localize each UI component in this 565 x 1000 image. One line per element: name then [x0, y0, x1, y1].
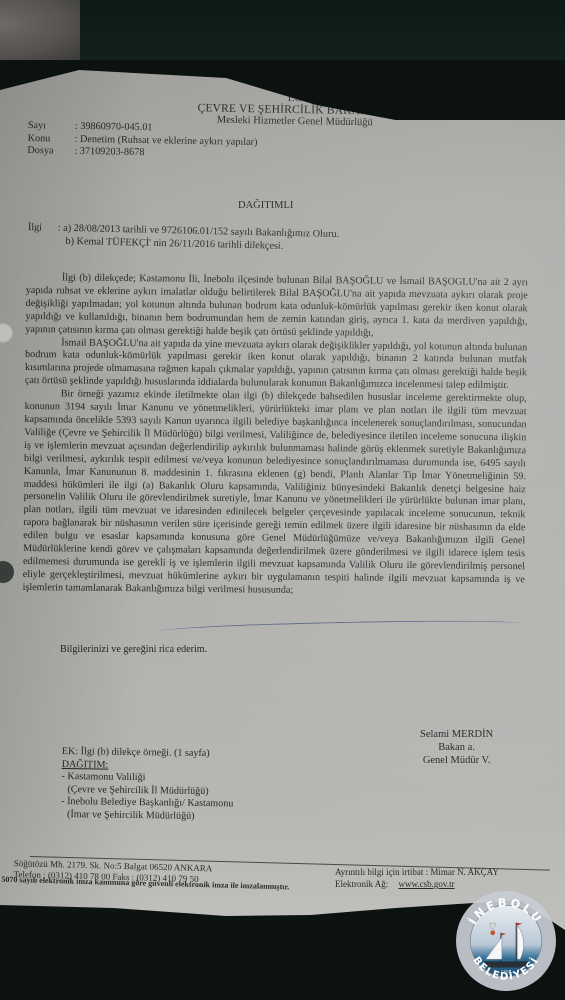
stamp-line-2: - MİMARİ UYGULAMALAR ŞUBE: [402, 66, 565, 74]
reference-block: İlgi : a) 28/08/2013 tarihli ve 9726106.…: [27, 222, 339, 254]
reference-a: : a) 28/08/2013 tarihli ve 9726106.01/15…: [58, 223, 339, 242]
meta-key: Sayı: [28, 120, 75, 133]
signature-block: Selami MERDİN Bakan a. Genel Müdür V.: [420, 728, 493, 767]
letterhead-tc: T.C.: [180, 91, 410, 107]
distribution-item: - İnebolu Belediye Başkanlığı/ Kastamonu: [61, 796, 233, 811]
background-dark-top: [0, 0, 565, 60]
reference-row-a: İlgi : a) 28/08/2013 tarihli ve 9726106.…: [28, 222, 339, 242]
logo-year: 1866: [501, 970, 512, 975]
footer-contact: Ayrıntılı bilgi için irtibat : Mimar N. …: [335, 866, 499, 878]
footer-divider: [30, 856, 550, 871]
reference-label: İlgi: [28, 222, 58, 235]
inebolu-municipality-logo: İNEBOLU BELEDİYESİ 1866: [455, 890, 557, 992]
distribution-item: (İmar ve Şehircilik Müdürlüğü): [61, 808, 233, 823]
meta-row-konu: Konu : Denetim (Ruhsat ve eklerine aykır…: [28, 132, 258, 149]
registry-stamp: MESLEKİ HİZMETLER GENEL MÜDÜRLÜ - MİMARİ…: [402, 58, 565, 122]
body-paragraph-2: İsmail BAŞOĞLU'na ait yapıda da yine mev…: [25, 337, 528, 394]
meta-key: Konu: [28, 132, 75, 145]
footer-web-row: Elektronik Ağ: www.csb.gov.tr: [335, 878, 499, 890]
stamp-datetime-ref: 31/03/2016 19:26 - 39860970-045.01-E.423…: [402, 81, 565, 89]
meta-value: : 39860970-045.01: [75, 121, 153, 135]
signatory-name: Selami MERDİN: [420, 728, 493, 741]
document-meta: Sayı : 39860970-045.01 Konu : Denetim (R…: [27, 120, 257, 162]
signatory-title-1: Bakan a.: [420, 741, 493, 754]
footer-contact-block: Ayrıntılı bilgi için irtibat : Mimar N. …: [335, 866, 499, 890]
letterhead-directorate: Mesleki Hizmetler Genel Müdürlüğü: [180, 114, 410, 130]
letterhead-ministry: ÇEVRE VE ŞEHİRCİLİK BAKANLIĞI: [180, 102, 410, 118]
footer-esign-note: 5070 sayılı elektronik imza kanununa gör…: [1, 874, 289, 893]
footer-phone: Telefon : (0312) 410 78 00 Faks : (0312)…: [9, 869, 289, 887]
closing-line: Bilgilerinizi ve gereğini rica ederim.: [60, 644, 207, 655]
distribution-heading: DAĞITIMLI: [238, 200, 293, 211]
barcode-number: 06551704: [402, 109, 565, 119]
reference-row-b: b) Kemal TÜFEKÇİ' nin 26/11/2016 tarihli…: [27, 234, 338, 254]
meta-value: : Denetim (Ruhsat ve eklerine aykırı yap…: [75, 133, 258, 149]
document-page: MESLEKİ HİZMETLER GENEL MÜDÜRLÜ - MİMARİ…: [0, 0, 565, 1000]
reference-indent: [27, 234, 57, 247]
meta-row-dosya: Dosya : 37109203-8678: [27, 145, 257, 162]
letterhead: T.C. ÇEVRE VE ŞEHİRCİLİK BAKANLIĞI Mesle…: [180, 91, 411, 130]
punch-hole: [0, 322, 14, 344]
attachment-ek: EK: İlgi (b) dilekçe örneği. (1 sayfa): [62, 746, 234, 761]
attachments-block: EK: İlgi (b) dilekçe örneği. (1 sayfa) D…: [61, 746, 234, 823]
meta-value: : 37109203-8678: [74, 146, 144, 160]
punch-hole: [0, 561, 14, 583]
body-paragraph-1: İlgi (b) dilekçede; Kastamonu İli, İnebo…: [25, 272, 528, 342]
footer-address-block: Söğütözü Mh. 2179. Sk. No:5 Balgat 06520…: [9, 858, 290, 892]
background-corner: [0, 0, 80, 60]
distribution-label: DAĞITIM:: [62, 758, 234, 773]
pen-mark: [160, 618, 520, 637]
meta-row-sayi: Sayı : 39860970-045.01: [28, 120, 258, 137]
footer-web-label: Elektronik Ağ:: [335, 879, 388, 889]
footer-address: Söğütözü Mh. 2179. Sk. No:5 Balgat 06520…: [10, 858, 290, 876]
signatory-title-2: Genel Müdür V.: [420, 754, 493, 767]
reference-b: b) Kemal TÜFEKÇİ' nin 26/11/2016 tarihli…: [57, 235, 283, 253]
barcode: [402, 91, 562, 107]
distribution-item: - Kastamonu Valiliği: [61, 771, 233, 786]
distribution-item: (Çevre ve Şehircilik İl Müdürlüğü): [61, 783, 233, 798]
body-paragraph-3: Bir örneği yazımız ekinde iletilmekte ol…: [23, 388, 527, 600]
meta-key: Dosya: [27, 145, 74, 158]
letter-body: İlgi (b) dilekçede; Kastamonu İli, İnebo…: [23, 272, 528, 600]
stamp-line-3: MÜDÜRLÜĞÜ: [402, 73, 565, 81]
footer-web-link[interactable]: www.csb.gov.tr: [399, 879, 455, 889]
